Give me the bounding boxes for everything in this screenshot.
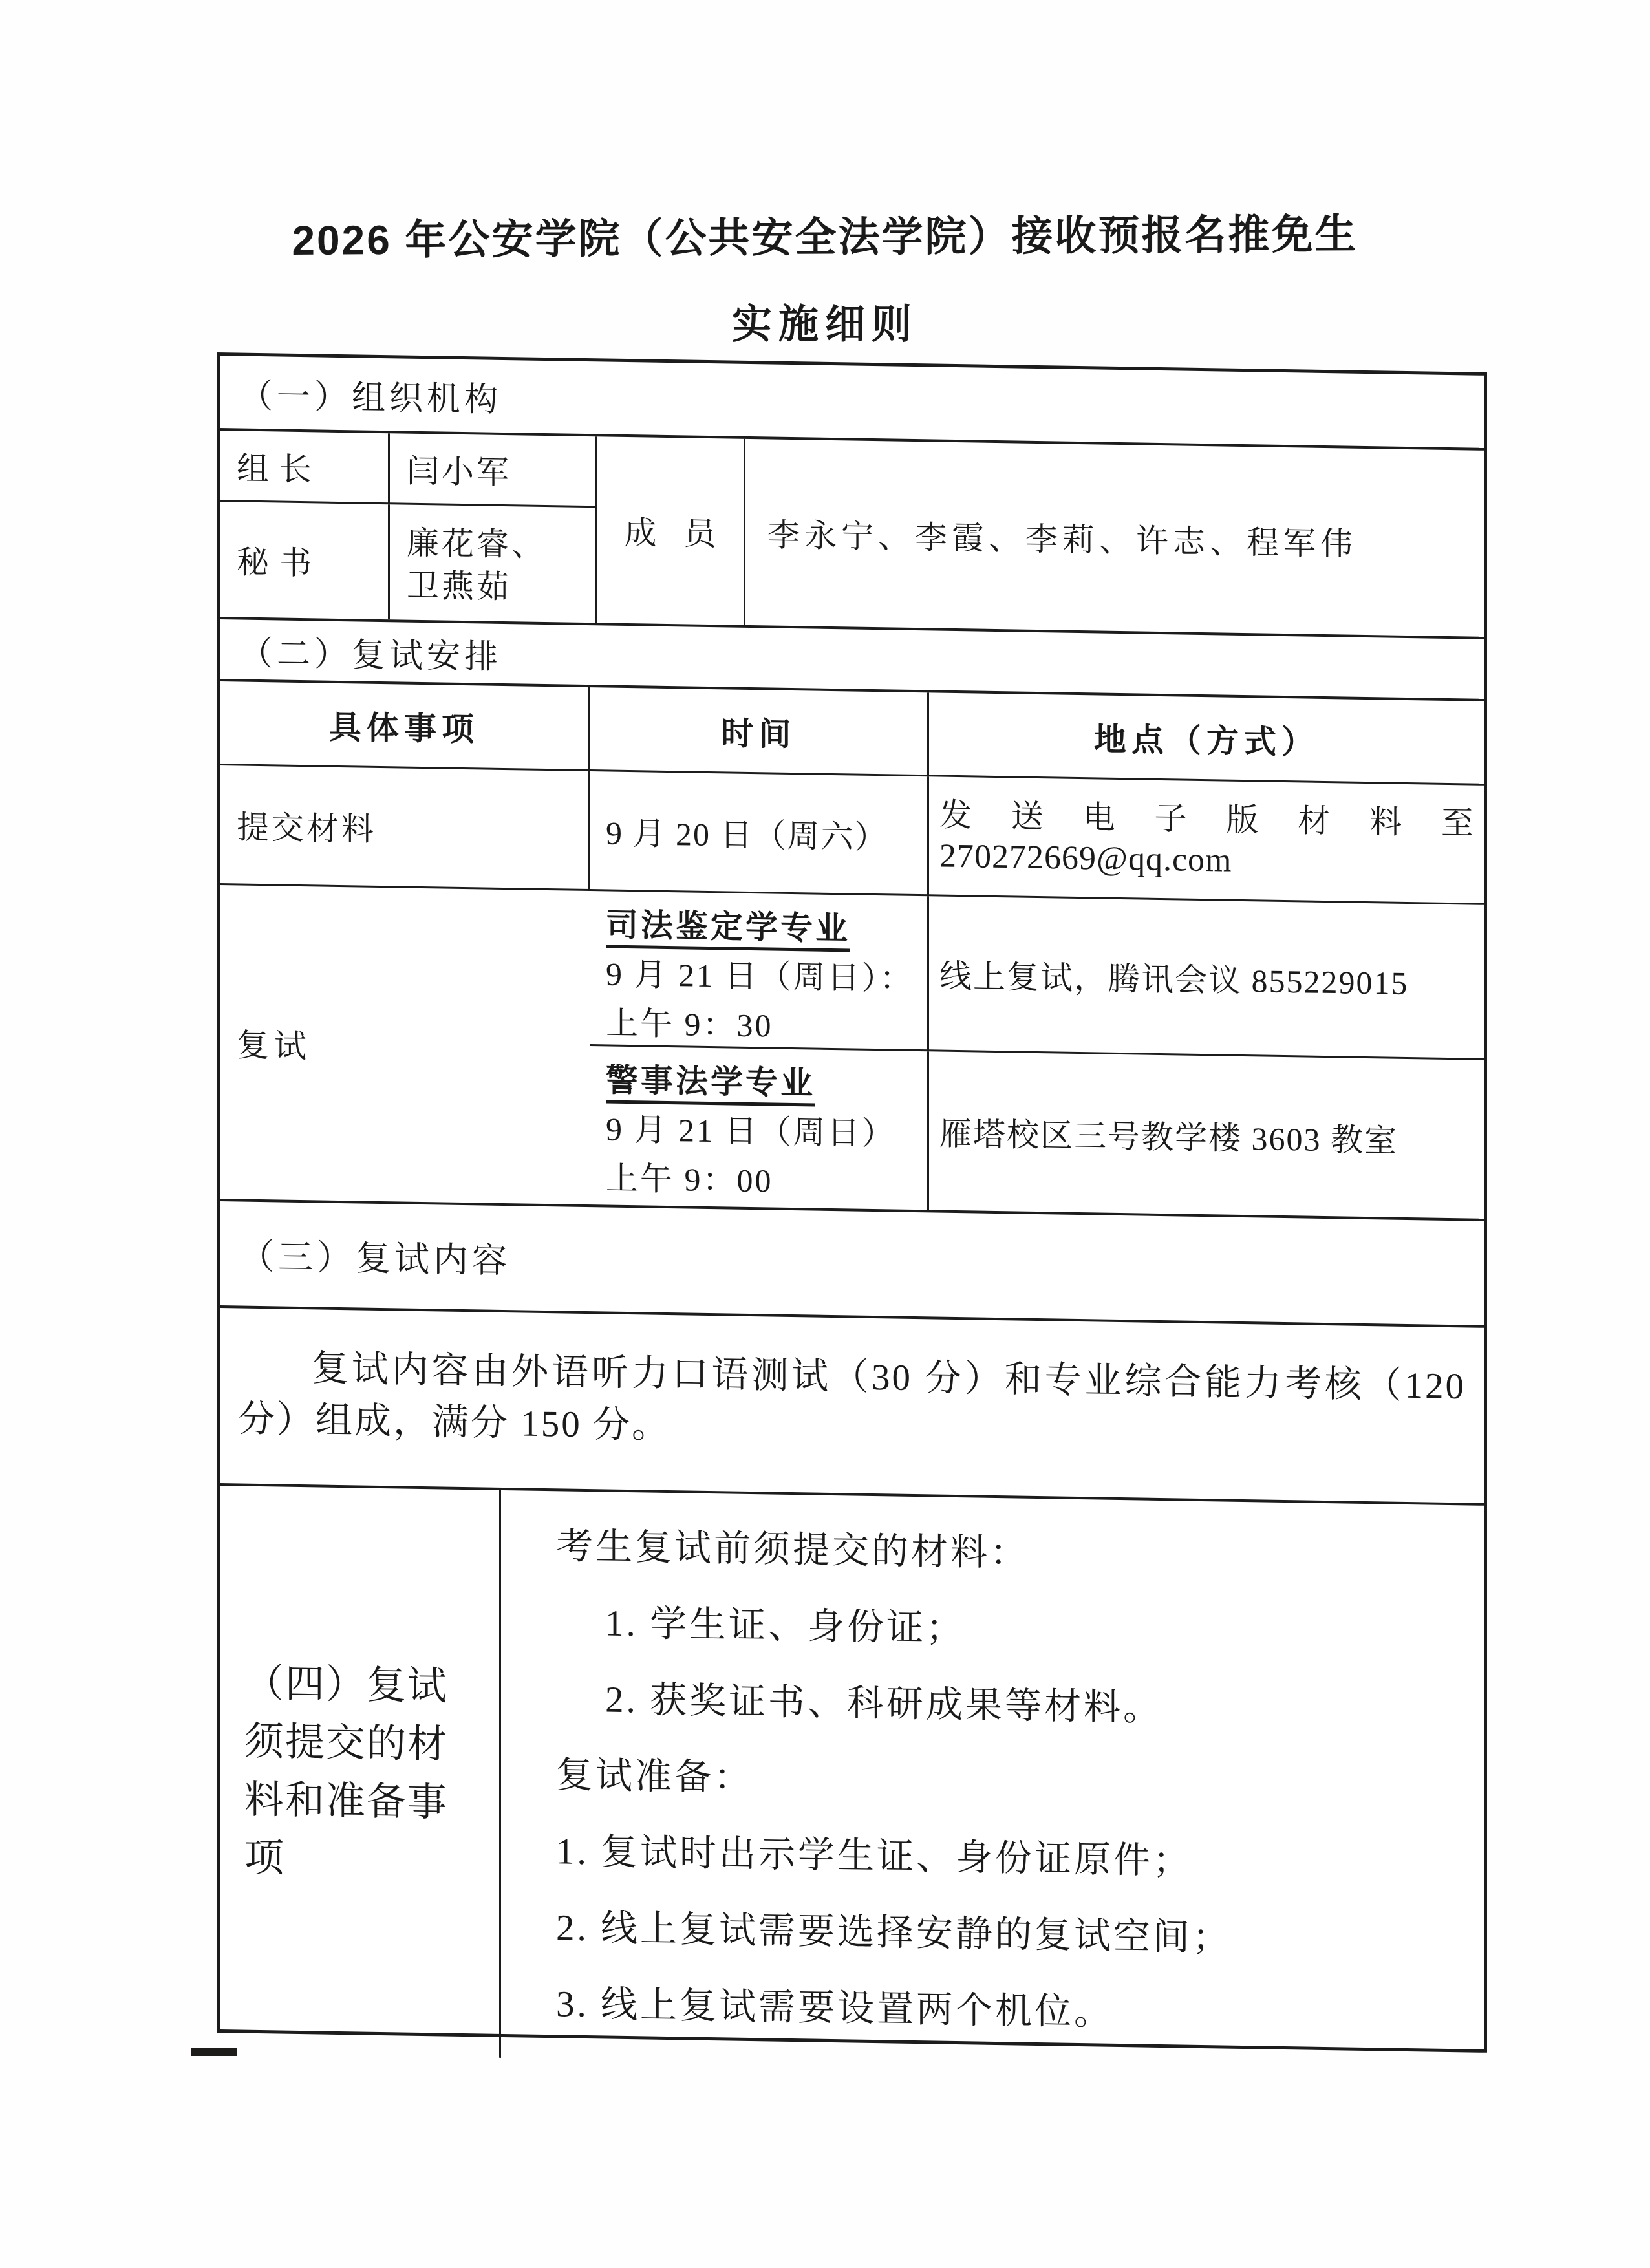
submit-email: 270272669@qq.com — [939, 836, 1473, 886]
schedule-header-time: 时间 — [590, 687, 929, 776]
materials-item-2: 2. 获奖证书、科研成果等材料。 — [556, 1677, 1464, 1735]
scan-artifact — [191, 2048, 237, 2056]
major2-time: 上午 9：00 — [606, 1153, 921, 1208]
document-table: （一）组织机构 组长 闫小军 成员 李永宁、李霞、李莉、许志、程军伟 秘书 廉花… — [217, 352, 1487, 2053]
organization-grid: 组长 闫小军 成员 李永宁、李霞、李莉、许志、程军伟 秘书 廉花睿、卫燕茹 — [220, 428, 1484, 637]
prep-item-2: 2. 线上复试需要选择安静的复试空间； — [556, 1906, 1464, 1964]
submit-place-cell: 发送电子版材料至 270272669@qq.com — [929, 776, 1484, 904]
document-title-line2: 实施细则 — [0, 292, 1650, 350]
document-title-line1: 2026 年公安学院（公共安全法学院）接收预报名推免生 — [0, 199, 1650, 269]
retest-label-cell: 复试 — [220, 885, 590, 1204]
submit-item-cell: 提交材料 — [220, 765, 590, 891]
major1-time: 上午 9：30 — [606, 998, 921, 1053]
major2-date: 9 月 21 日（周日） — [606, 1104, 921, 1159]
materials-intro: 考生复试前须提交的材料： — [556, 1524, 1464, 1583]
retest-major1-cell: 司法鉴定学专业 9 月 21 日（周日）： 上午 9：30 — [590, 891, 929, 1051]
scanned-document-page: 2026 年公安学院（公共安全法学院）接收预报名推免生 实施细则 （一）组织机构… — [0, 0, 1650, 2268]
major1-name: 司法鉴定学专业 — [606, 906, 850, 947]
prep-title: 复试准备： — [556, 1753, 1464, 1812]
retest-major2-place: 雁塔校区三号教学楼 3603 教室 — [929, 1051, 1484, 1218]
schedule-grid: 具体事项 时间 地点（方式） 提交材料 9 月 20 日（周六） 发送电子版材料… — [220, 679, 1484, 1219]
members-names-cell: 李永宁、李霞、李莉、许志、程军伟 — [745, 439, 1484, 637]
schedule-header-place: 地点（方式） — [929, 692, 1484, 785]
retest-major1-place: 线上复试，腾讯会议 855229015 — [929, 896, 1484, 1060]
leader-label-cell: 组长 — [220, 431, 390, 504]
materials-content-cell: 考生复试前须提交的材料： 1. 学生证、身份证； 2. 获奖证书、科研成果等材料… — [501, 1490, 1484, 2073]
secretary-names-cell: 廉花睿、卫燕茹 — [390, 504, 597, 623]
leader-name-cell: 闫小军 — [390, 433, 597, 508]
section3-title: （三）复试内容 — [220, 1199, 1484, 1325]
content-paragraph-row: 复试内容由外语听力口语测试（30 分）和专业综合能力考核（120 分）组成，满分… — [220, 1305, 1484, 1503]
retest-major2-cell: 警事法学专业 9 月 21 日（周日） 上午 9：00 — [590, 1046, 929, 1210]
prep-item-3: 3. 线上复试需要设置两个机位。 — [556, 1982, 1464, 2040]
prep-item-1: 1. 复试时出示学生证、身份证原件； — [556, 1830, 1464, 1888]
content-paragraph: 复试内容由外语听力口语测试（30 分）和专业综合能力考核（120 分）组成，满分… — [238, 1342, 1466, 1465]
secretary-label-cell: 秘书 — [220, 502, 390, 619]
major2-name: 警事法学专业 — [606, 1062, 815, 1101]
materials-item-1: 1. 学生证、身份证； — [556, 1601, 1464, 1659]
members-label-cell: 成员 — [597, 436, 745, 625]
section4-title-cell: （四）复试须提交的材料和准备事项 — [220, 1486, 501, 2058]
major1-date: 9 月 21 日（周日）： — [606, 949, 921, 1003]
schedule-header-item: 具体事项 — [220, 681, 590, 771]
materials-grid: （四）复试须提交的材料和准备事项 考生复试前须提交的材料： 1. 学生证、身份证… — [220, 1483, 1484, 2049]
submit-time-cell: 9 月 20 日（周六） — [590, 771, 929, 896]
